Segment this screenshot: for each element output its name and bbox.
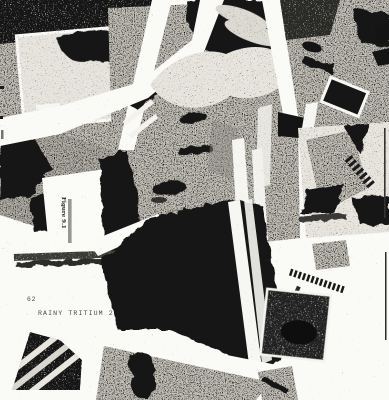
speckle-patch	[312, 240, 350, 270]
striped-triangle-piece	[0, 319, 95, 400]
scanned-collage-page: Figure 9.1	[0, 0, 389, 400]
page-number: 62	[27, 296, 36, 303]
right-mid-photo	[298, 122, 389, 238]
white-strip	[256, 104, 272, 188]
top-right-photo	[262, 0, 389, 140]
chin-shadow	[151, 197, 167, 203]
page-caption: RAINY TRITIUM 2	[38, 310, 114, 317]
lower-right-cluster	[258, 240, 387, 400]
thin-rule	[384, 128, 386, 218]
figure-caption: Figure 9.1	[60, 197, 66, 229]
speckle-patch	[258, 366, 298, 400]
illegible-caption-line	[68, 199, 72, 243]
dark-speckle-square	[260, 289, 331, 361]
collage-artwork: Figure 9.1	[0, 0, 389, 400]
thin-rule	[385, 252, 387, 340]
